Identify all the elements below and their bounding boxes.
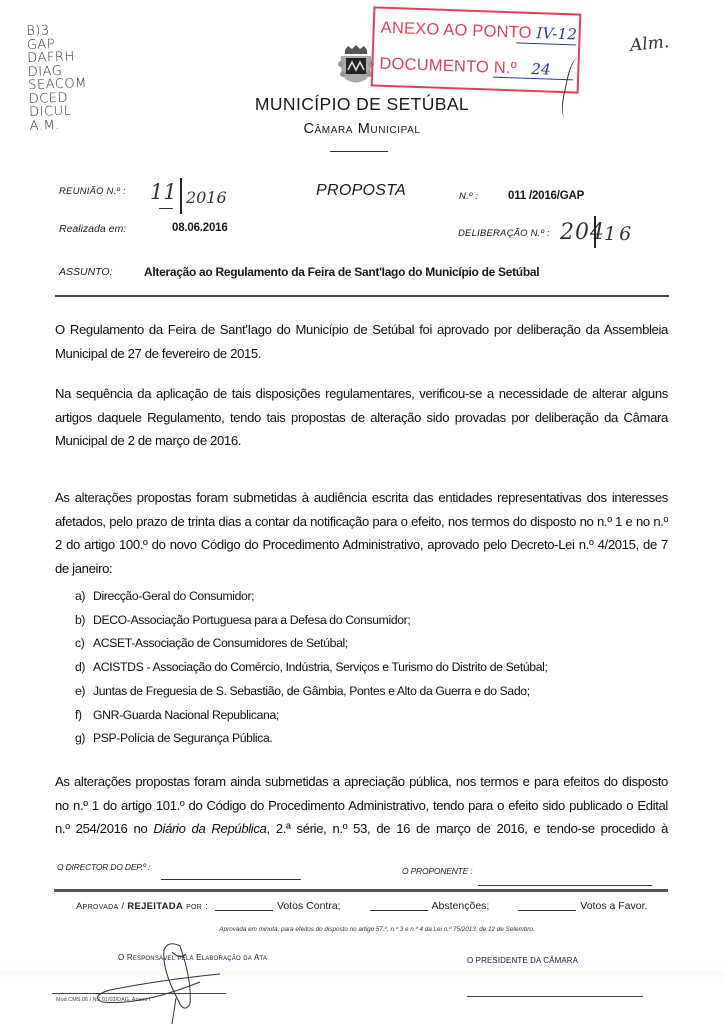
list-item: f)GNR-Guarda Nacional Republicana; (75, 704, 548, 728)
subject-label: ASSUNTO: (59, 266, 112, 278)
coat-of-arms-icon (337, 44, 375, 84)
votes-for-label: Votos a Favor. (580, 900, 647, 912)
annex-stamp: ANEXO AO PONTO IV-12 DOCUMENTO N.º 24 (371, 6, 582, 93)
chamber-subtitle: Câmara Municipal (0, 121, 724, 137)
director-signature-line (161, 879, 301, 880)
held-on-date: 08.06.2016 (172, 222, 228, 234)
proposal-number-value: 011 /2016/GAP (508, 190, 584, 202)
meeting-number-underline (159, 208, 173, 209)
proponent-signature-line (478, 885, 652, 886)
deliberation-number-value: 204 (560, 220, 605, 245)
stamp-annex-label: ANEXO AO PONTO (380, 19, 532, 42)
paragraph-public-consultation: As alterações propostas foram ainda subm… (55, 770, 668, 841)
proponent-label: O PROPONENTE : (402, 866, 472, 876)
list-item: e)Juntas de Freguesia de S. Sebastião, d… (75, 680, 548, 704)
stamp-document-label: DOCUMENTO N.º (379, 55, 517, 78)
deliberation-number-label: DELIBERAÇÃO N.º : (458, 228, 550, 239)
stamp-annex-value: IV-12 (536, 24, 577, 43)
handwritten-routing-notes: B)3. GAP DAFRH DIAG SEACOM DCED DICUL A.… (26, 23, 88, 133)
minutes-approval-note: Aprovada em minuta, para efeitos do disp… (0, 926, 724, 933)
municipality-title: MUNICÍPIO DE SETÚBAL (0, 94, 724, 115)
list-item: c)ACSET-Associação de Consumidores de Se… (75, 632, 548, 656)
document-type-title: PROPOSTA (316, 182, 406, 200)
meeting-year-value: 2016 (186, 188, 227, 207)
title-divider (330, 151, 388, 152)
paragraph-amendment-need: Na sequência da aplicação de tais dispos… (55, 382, 668, 453)
footer-divider (54, 889, 668, 892)
subject-value: Alteração ao Regulamento da Feira de San… (144, 265, 539, 279)
president-signature-line (467, 996, 643, 997)
paragraph-approval: O Regulamento da Feira de Sant'Iago do M… (55, 318, 668, 365)
deliberation-year-value: 16 (604, 223, 634, 245)
stamp-document-value: 24 (531, 60, 551, 79)
list-item: a)Direcção-Geral do Consumidor; (75, 585, 548, 609)
vote-result-row: Aprovada / REJEITADA por : Votos Contra;… (76, 900, 647, 912)
director-label: O DIRECTOR DO DEP.º : (57, 862, 150, 872)
votes-against-label: Votos Contra; (277, 900, 341, 912)
entities-list: a)Direcção-Geral do Consumidor; b)DECO-A… (75, 585, 548, 751)
list-item: g)PSP-Polícia de Segurança Pública. (75, 727, 548, 751)
abstentions-label: Abstenções; (432, 900, 490, 912)
initials-signature: Alm. (629, 32, 670, 56)
meeting-number-label: REUNIÃO N.º : (59, 186, 126, 197)
proposal-number-label: N.º : (459, 191, 478, 202)
held-on-label: Realizada em: (59, 223, 126, 235)
list-item: d)ACISTDS - Associação do Comércio, Indú… (75, 656, 548, 680)
president-label: O PRESIDENTE DA CÂMARA (467, 956, 578, 965)
meeting-number-value: 11 (150, 180, 177, 204)
paragraph-hearing: As alterações propostas foram submetidas… (55, 486, 668, 580)
subject-divider (55, 295, 669, 297)
deliberation-separator (594, 216, 596, 248)
list-item: b)DECO-Associação Portuguesa para a Defe… (75, 609, 548, 633)
meeting-number-separator (180, 178, 182, 214)
handwritten-signature (80, 940, 230, 1024)
